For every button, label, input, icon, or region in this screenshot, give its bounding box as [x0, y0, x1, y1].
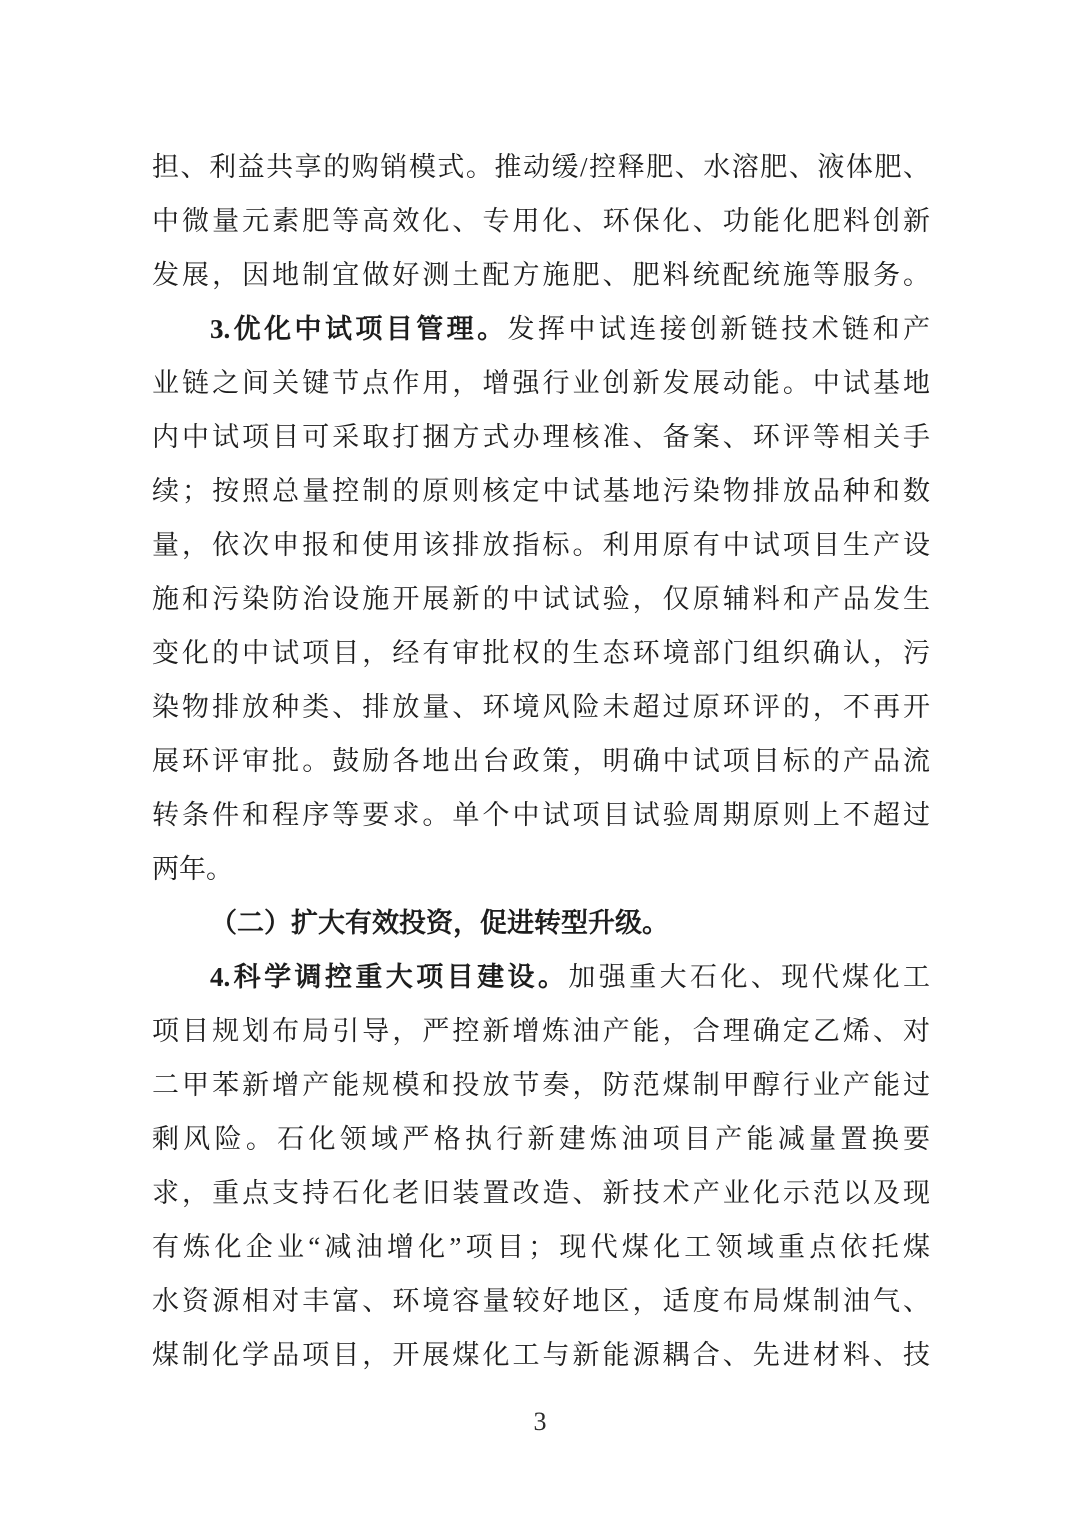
body-text-segment: 项目规划布局引导，严控新增炼油产能，合理确定乙烯、对	[152, 1016, 930, 1046]
heading-text-segment: （二）扩大有效投资，促进转型升级。	[210, 908, 669, 938]
heading-text-segment: 3.优化中试项目管理。	[210, 314, 508, 344]
body-text-segment: 业链之间关键节点作用，增强行业创新发展动能。中试基地	[152, 368, 930, 398]
body-text-segment: 发展，因地制宜做好测土配方施肥、肥料统配统施等服务。	[152, 260, 930, 290]
body-text-segment: 剩风险。石化领域严格执行新建炼油项目产能减量置换要	[152, 1124, 930, 1154]
body-text-segment: 染物排放种类、排放量、环境风险未超过原环评的，不再开	[152, 692, 930, 722]
body-text-segment: 量，依次申报和使用该排放指标。利用原有中试项目生产设	[152, 530, 930, 560]
document-line: 展环评审批。鼓励各地出台政策，明确中试项目标的产品流	[152, 734, 930, 788]
body-text-segment: 求，重点支持石化老旧装置改造、新技术产业化示范以及现	[152, 1178, 930, 1208]
document-line: 水资源相对丰富、环境容量较好地区，适度布局煤制油气、	[152, 1274, 930, 1328]
body-text-segment: 中微量元素肥等高效化、专用化、环保化、功能化肥料创新	[152, 206, 930, 236]
body-text-segment: 煤制化学品项目，开展煤化工与新能源耦合、先进材料、技	[152, 1340, 930, 1370]
body-text-segment: 变化的中试项目，经有审批权的生态环境部门组织确认，污	[152, 638, 930, 668]
document-line: 有炼化企业“减油增化”项目；现代煤化工领域重点依托煤	[152, 1220, 930, 1274]
document-line: 内中试项目可采取打捆方式办理核准、备案、环评等相关手	[152, 410, 930, 464]
document-line: 项目规划布局引导，严控新增炼油产能，合理确定乙烯、对	[152, 1004, 930, 1058]
body-text-segment: 续；按照总量控制的原则核定中试基地污染物排放品种和数	[152, 476, 930, 506]
body-text-segment: 二甲苯新增产能规模和投放节奏，防范煤制甲醇行业产能过	[152, 1070, 930, 1100]
heading-text-segment: 4.科学调控重大项目建设。	[210, 962, 568, 992]
document-line: 两年。	[152, 842, 930, 896]
document-line: 变化的中试项目，经有审批权的生态环境部门组织确认，污	[152, 626, 930, 680]
body-text-segment: 发挥中试连接创新链技术链和产	[508, 314, 931, 344]
document-line: 求，重点支持石化老旧装置改造、新技术产业化示范以及现	[152, 1166, 930, 1220]
document-line: 发展，因地制宜做好测土配方施肥、肥料统配统施等服务。	[152, 248, 930, 302]
document-line: （二）扩大有效投资，促进转型升级。	[152, 896, 930, 950]
document-line: 中微量元素肥等高效化、专用化、环保化、功能化肥料创新	[152, 194, 930, 248]
document-line: 剩风险。石化领域严格执行新建炼油项目产能减量置换要	[152, 1112, 930, 1166]
body-text-segment: 担、利益共享的购销模式。推动缓/控释肥、水溶肥、液体肥、	[152, 152, 930, 182]
document-line: 染物排放种类、排放量、环境风险未超过原环评的，不再开	[152, 680, 930, 734]
document-line: 二甲苯新增产能规模和投放节奏，防范煤制甲醇行业产能过	[152, 1058, 930, 1112]
body-text-segment: 转条件和程序等要求。单个中试项目试验周期原则上不超过	[152, 800, 930, 830]
document-body: 担、利益共享的购销模式。推动缓/控释肥、水溶肥、液体肥、中微量元素肥等高效化、专…	[152, 140, 930, 1382]
page-number: 3	[0, 1400, 1080, 1444]
document-line: 4.科学调控重大项目建设。加强重大石化、现代煤化工	[152, 950, 930, 1004]
document-line: 续；按照总量控制的原则核定中试基地污染物排放品种和数	[152, 464, 930, 518]
body-text-segment: 两年。	[152, 854, 233, 884]
document-line: 担、利益共享的购销模式。推动缓/控释肥、水溶肥、液体肥、	[152, 140, 930, 194]
body-text-segment: 加强重大石化、现代煤化工	[568, 962, 930, 992]
body-text-segment: 展环评审批。鼓励各地出台政策，明确中试项目标的产品流	[152, 746, 930, 776]
document-line: 施和污染防治设施开展新的中试试验，仅原辅料和产品发生	[152, 572, 930, 626]
document-page: 担、利益共享的购销模式。推动缓/控释肥、水溶肥、液体肥、中微量元素肥等高效化、专…	[0, 0, 1080, 1527]
body-text-segment: 水资源相对丰富、环境容量较好地区，适度布局煤制油气、	[152, 1286, 930, 1316]
body-text-segment: 施和污染防治设施开展新的中试试验，仅原辅料和产品发生	[152, 584, 930, 614]
body-text-segment: 内中试项目可采取打捆方式办理核准、备案、环评等相关手	[152, 422, 930, 452]
body-text-segment: 有炼化企业“减油增化”项目；现代煤化工领域重点依托煤	[152, 1232, 930, 1262]
document-line: 3.优化中试项目管理。发挥中试连接创新链技术链和产	[152, 302, 930, 356]
document-line: 量，依次申报和使用该排放指标。利用原有中试项目生产设	[152, 518, 930, 572]
document-line: 业链之间关键节点作用，增强行业创新发展动能。中试基地	[152, 356, 930, 410]
document-line: 转条件和程序等要求。单个中试项目试验周期原则上不超过	[152, 788, 930, 842]
document-line: 煤制化学品项目，开展煤化工与新能源耦合、先进材料、技	[152, 1328, 930, 1382]
